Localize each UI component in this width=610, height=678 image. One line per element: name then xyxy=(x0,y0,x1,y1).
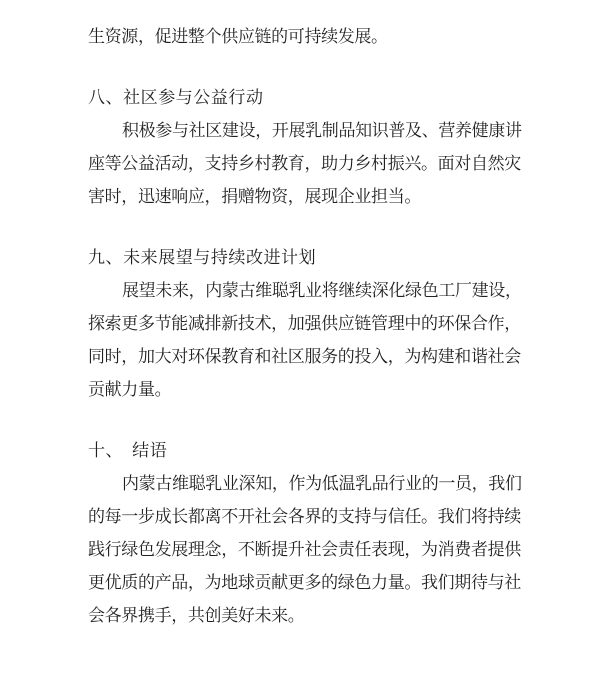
paragraph-line: 积极参与社区建设，开展乳制品知识普及、营养健康讲 xyxy=(88,114,524,147)
paragraph-line: 探索更多节能减排新技术，加强供应链管理中的环保合作， xyxy=(88,307,524,340)
paragraph-line: 座等公益活动，支持乡村教育，助力乡村振兴。面对自然灾 xyxy=(88,147,524,180)
section-heading-8: 八、社区参与公益行动 xyxy=(88,81,524,114)
section-outlook: 九、未来展望与持续改进计划 展望未来，内蒙古维聪乳业将继续深化绿色工厂建设， 探… xyxy=(88,241,524,406)
section-heading-10: 十、 结语 xyxy=(88,434,524,467)
section-community: 八、社区参与公益行动 积极参与社区建设，开展乳制品知识普及、营养健康讲 座等公益… xyxy=(88,81,524,213)
paragraph-line: 的每一步成长都离不开社会各界的支持与信任。我们将持续 xyxy=(88,500,524,533)
document-content: 生资源，促进整个供应链的可持续发展。 八、社区参与公益行动 积极参与社区建设，开… xyxy=(88,20,524,632)
paragraph-line: 会各界携手，共创美好未来。 xyxy=(88,599,524,632)
paragraph-line: 害时，迅速响应，捐赠物资，展现企业担当。 xyxy=(88,180,524,213)
paragraph-line: 内蒙古维聪乳业深知，作为低温乳品行业的一员，我们 xyxy=(88,467,524,500)
section-heading-9: 九、未来展望与持续改进计划 xyxy=(88,241,524,274)
paragraph-line: 践行绿色发展理念，不断提升社会责任表现，为消费者提供 xyxy=(88,533,524,566)
paragraph-continuation-line: 生资源，促进整个供应链的可持续发展。 xyxy=(88,20,524,53)
paragraph-line: 贡献力量。 xyxy=(88,373,524,406)
paragraph-line: 展望未来，内蒙古维聪乳业将继续深化绿色工厂建设， xyxy=(88,274,524,307)
section-conclusion: 十、 结语 内蒙古维聪乳业深知，作为低温乳品行业的一员，我们 的每一步成长都离不… xyxy=(88,434,524,632)
document-page: 生资源，促进整个供应链的可持续发展。 八、社区参与公益行动 积极参与社区建设，开… xyxy=(0,0,610,678)
paragraph-line: 同时，加大对环保教育和社区服务的投入，为构建和谐社会 xyxy=(88,340,524,373)
paragraph-line: 更优质的产品，为地球贡献更多的绿色力量。我们期待与社 xyxy=(88,566,524,599)
